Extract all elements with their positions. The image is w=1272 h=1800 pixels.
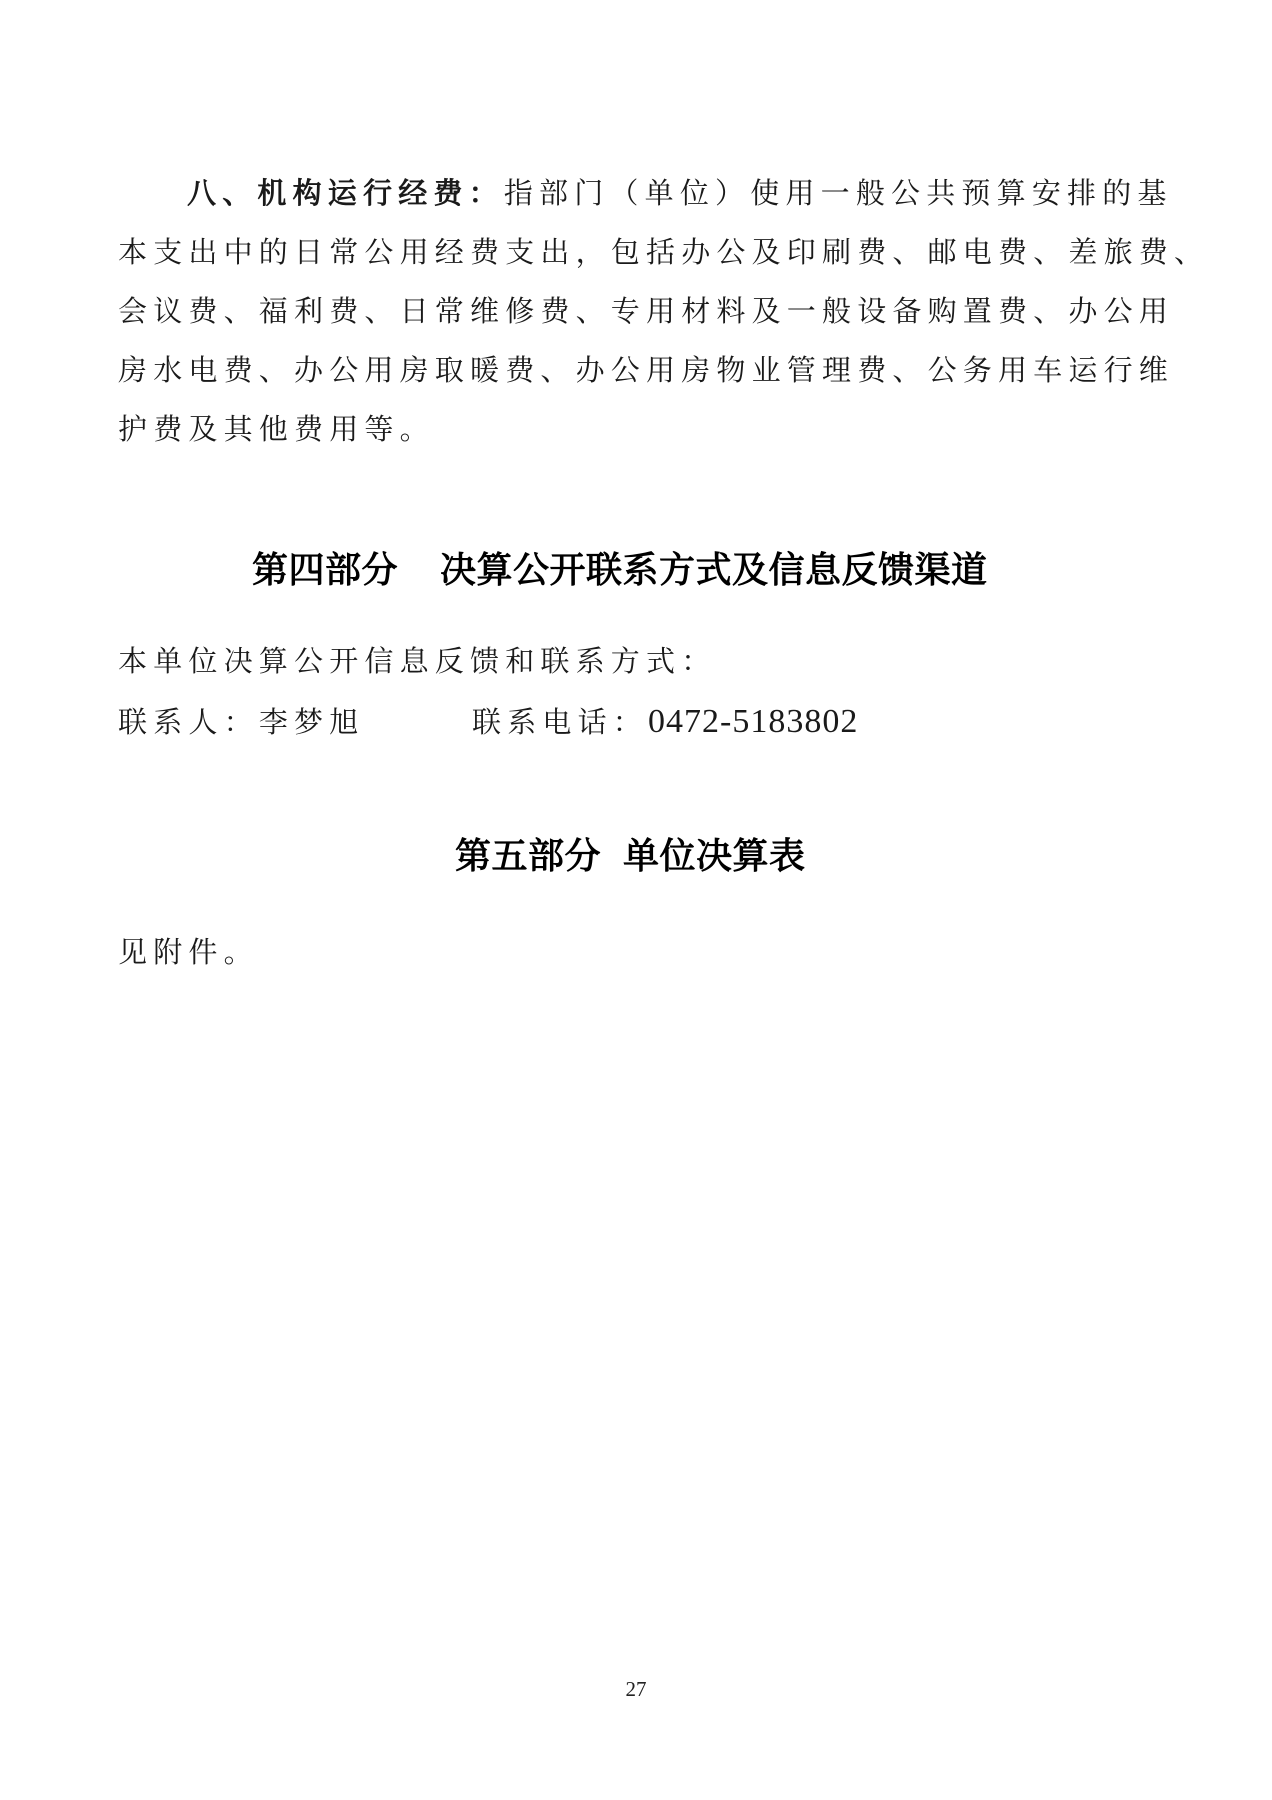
contact-phone-value: 0472-5183802 <box>648 703 858 740</box>
paragraph-line-5: 护费及其他费用等。 <box>118 411 435 447</box>
paragraph-line-4: 房水电费、办公用房取暖费、办公用房物业管理费、公务用车运行维 <box>118 352 1174 388</box>
part-four-prefix: 第四部分 <box>252 549 398 591</box>
contact-person-name: 李梦旭 <box>259 705 365 739</box>
contact-phone-line: 联系电话：0472-5183802 <box>472 704 858 740</box>
document-page: 八、机构运行经费：指部门（单位）使用一般公共预算安排的基 本支出中的日常公用经费… <box>0 0 1272 1800</box>
contact-intro: 本单位决算公开信息反馈和联系方式： <box>118 643 716 679</box>
paragraph-line-3: 会议费、福利费、日常维修费、专用材料及一般设备购置费、办公用 <box>118 293 1174 329</box>
page-number: 27 <box>0 1677 1272 1702</box>
contact-person-label: 联系人： <box>118 705 259 739</box>
paragraph-line-1: 八、机构运行经费：指部门（单位）使用一般公共预算安排的基 <box>187 175 1173 211</box>
section-eight-text-1: 指部门（单位）使用一般公共预算安排的基 <box>504 176 1173 210</box>
part-five-prefix: 第五部分 <box>455 835 601 877</box>
part-four-title: 决算公开联系方式及信息反馈渠道 <box>440 549 988 591</box>
part-four-heading: 第四部分决算公开联系方式及信息反馈渠道 <box>252 549 988 591</box>
part-five-title: 单位决算表 <box>623 835 806 877</box>
section-eight-lead: 八、机构运行经费： <box>187 176 504 210</box>
contact-person-line: 联系人：李梦旭 <box>118 704 364 740</box>
part-five-heading: 第五部分单位决算表 <box>455 835 806 877</box>
paragraph-line-2: 本支出中的日常公用经费支出，包括办公及印刷费、邮电费、差旅费、 <box>118 234 1209 270</box>
part-five-body: 见附件。 <box>118 934 259 970</box>
contact-phone-label: 联系电话： <box>472 705 648 739</box>
